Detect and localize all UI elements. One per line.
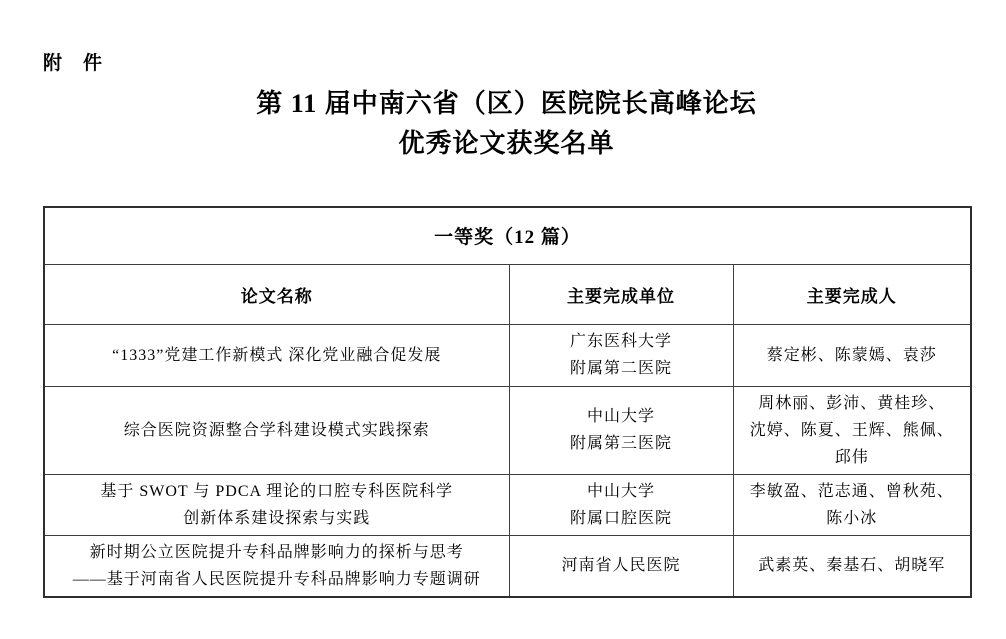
document-title: 第 11 届中南六省（区）医院院长高峰论坛 优秀论文获奖名单 <box>43 84 970 164</box>
document-title-line2: 优秀论文获奖名单 <box>43 124 970 164</box>
authors-cell: 武素英、秦基石、胡晓军 <box>733 535 971 597</box>
document-page: 附 件 第 11 届中南六省（区）医院院长高峰论坛 优秀论文获奖名单 一等奖（1… <box>0 0 1006 639</box>
col-header-authors: 主要完成人 <box>733 264 971 324</box>
org-cell: 中山大学 附属第三医院 <box>509 386 733 474</box>
paper-title-cell: 综合医院资源整合学科建设模式实践探索 <box>44 386 509 474</box>
column-header-row: 论文名称 主要完成单位 主要完成人 <box>44 264 971 324</box>
table-row: 综合医院资源整合学科建设模式实践探索 中山大学 附属第三医院 周林丽、彭沛、黄桂… <box>44 386 971 474</box>
paper-title-cell: 基于 SWOT 与 PDCA 理论的口腔专科医院科学 创新体系建设探索与实践 <box>44 474 509 535</box>
awards-table: 一等奖（12 篇） 论文名称 主要完成单位 主要完成人 “1333”党建工作新模… <box>43 206 972 598</box>
col-header-org: 主要完成单位 <box>509 264 733 324</box>
authors-cell: 周林丽、彭沛、黄桂珍、 沈婷、陈夏、王辉、熊佩、 邱伟 <box>733 386 971 474</box>
org-cell: 广东医科大学 附属第二医院 <box>509 324 733 386</box>
award-tier-row: 一等奖（12 篇） <box>44 207 971 264</box>
table-row: 基于 SWOT 与 PDCA 理论的口腔专科医院科学 创新体系建设探索与实践 中… <box>44 474 971 535</box>
authors-cell: 蔡定彬、陈蒙嫣、袁莎 <box>733 324 971 386</box>
table-row: 新时期公立医院提升专科品牌影响力的探析与思考 ——基于河南省人民医院提升专科品牌… <box>44 535 971 597</box>
paper-title-cell: 新时期公立医院提升专科品牌影响力的探析与思考 ——基于河南省人民医院提升专科品牌… <box>44 535 509 597</box>
authors-cell: 李敏盈、范志通、曾秋苑、 陈小冰 <box>733 474 971 535</box>
col-header-paper-title: 论文名称 <box>44 264 509 324</box>
org-cell: 河南省人民医院 <box>509 535 733 597</box>
table-row: “1333”党建工作新模式 深化党业融合促发展 广东医科大学 附属第二医院 蔡定… <box>44 324 971 386</box>
paper-title-cell: “1333”党建工作新模式 深化党业融合促发展 <box>44 324 509 386</box>
org-cell: 中山大学 附属口腔医院 <box>509 474 733 535</box>
document-title-line1: 第 11 届中南六省（区）医院院长高峰论坛 <box>43 84 970 124</box>
award-tier-header: 一等奖（12 篇） <box>44 207 971 264</box>
attachment-label: 附 件 <box>43 48 103 75</box>
